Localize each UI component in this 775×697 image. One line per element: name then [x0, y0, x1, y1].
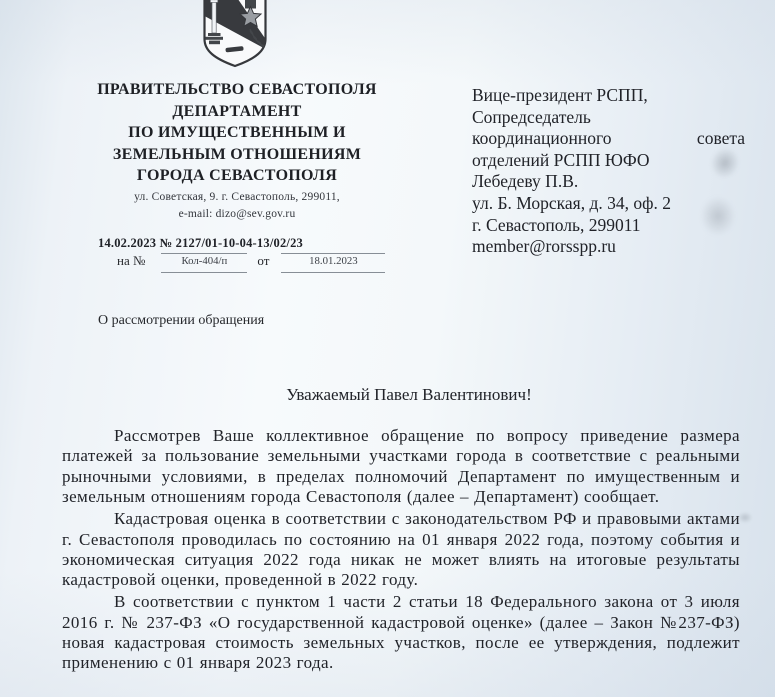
- incoming-date-field: 18.01.2023: [281, 253, 385, 273]
- addressee-line-right: совета: [697, 128, 745, 150]
- letterhead-contacts: ул. Советская, 9. г. Севастополь, 299011…: [57, 189, 417, 222]
- dept-address: ул. Советская, 9. г. Севастополь, 299011…: [57, 189, 417, 206]
- scanned-letter-page: ПРАВИТЕЛЬСТВО СЕВАСТОПОЛЯ ДЕПАРТАМЕНТ ПО…: [0, 0, 775, 697]
- from-label: от: [257, 253, 269, 269]
- org-name-line: ДЕПАРТАМЕНТ: [57, 101, 417, 123]
- addressee-line: координационного совета: [472, 128, 745, 150]
- outgoing-number-line: 14.02.2023 № 2127/01-10-04-13/02/23: [98, 236, 385, 251]
- incoming-reference-row: на № Кол-404/п от 18.01.2023: [98, 253, 385, 273]
- reference-block: 14.02.2023 № 2127/01-10-04-13/02/23 на №…: [98, 236, 385, 273]
- addressee-block: Вице-президент РСПП, Сопредседатель коор…: [472, 85, 745, 258]
- addressee-line: Сопредседатель: [472, 107, 745, 129]
- body-paragraph: Кадастровая оценка в соответствии с зако…: [62, 509, 740, 591]
- org-name-line: ЗЕМЕЛЬНЫМ ОТНОШЕНИЯМ: [57, 144, 417, 166]
- emblem-container: [200, 0, 270, 73]
- salutation: Уважаемый Павел Валентинович!: [62, 385, 740, 405]
- org-name-line: ПО ИМУЩЕСТВЕННЫМ И: [57, 122, 417, 144]
- body-paragraph: Рассмотрев Ваше коллективное обращение п…: [62, 426, 740, 508]
- letterhead-org-name: ПРАВИТЕЛЬСТВО СЕВАСТОПОЛЯ ДЕПАРТАМЕНТ ПО…: [57, 79, 417, 187]
- org-name-line: ГОРОДА СЕВАСТОПОЛЯ: [57, 165, 417, 187]
- addressee-email: member@rorsspp.ru: [472, 236, 745, 258]
- addressee-line: г. Севастополь, 299011: [472, 215, 745, 237]
- dept-email: e-mail: dizo@sev.gov.ru: [57, 206, 417, 223]
- in-reply-label: на №: [117, 253, 145, 269]
- body-paragraph: В соответствии с пунктом 1 части 2 стать…: [62, 592, 740, 674]
- addressee-line-left: координационного: [472, 128, 612, 150]
- addressee-line: Вице-президент РСПП,: [472, 85, 745, 107]
- org-name-line: ПРАВИТЕЛЬСТВО СЕВАСТОПОЛЯ: [57, 79, 417, 101]
- sevastopol-coat-of-arms-icon: [200, 0, 270, 73]
- addressee-line: Лебедеву П.В.: [472, 171, 745, 193]
- incoming-number-field: Кол-404/п: [161, 253, 247, 273]
- addressee-line: ул. Б. Морская, д. 34, оф. 2: [472, 193, 745, 215]
- subject-line: О рассмотрении обращения: [98, 313, 264, 329]
- addressee-line: отделений РСПП ЮФО: [472, 150, 745, 172]
- letter-body: Рассмотрев Ваше коллективное обращение п…: [62, 426, 740, 675]
